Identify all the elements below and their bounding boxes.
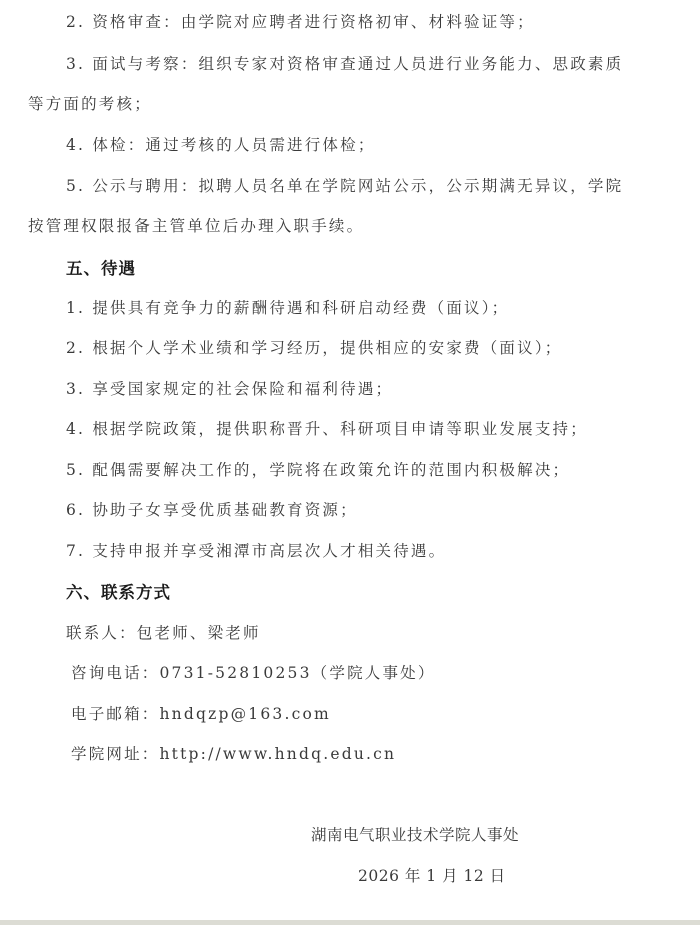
benefits-heading: 五、待遇 xyxy=(66,255,136,279)
process-item-5: 5. 公示与聘用：拟聘人员名单在学院网站公示，公示期满无异议，学院 xyxy=(66,174,623,196)
contact-website[interactable]: 学院网址：http://www.hndq.edu.cn xyxy=(71,742,396,764)
process-item-3: 3. 面试与考察：组织专家对资格审查通过人员进行业务能力、思政素质 xyxy=(66,52,623,74)
contact-heading: 六、联系方式 xyxy=(66,579,171,603)
process-item-5-cont: 按管理权限报备主管单位后办理入职手续。 xyxy=(28,214,364,236)
benefit-item: 7. 支持申报并享受湘潭市高层次人才相关待遇。 xyxy=(66,539,446,561)
contact-phone: 咨询电话：0731-52810253（学院人事处） xyxy=(71,661,436,683)
benefit-item: 6. 协助子女享受优质基础教育资源； xyxy=(66,498,358,520)
page-bottom-divider xyxy=(0,920,700,925)
benefit-item: 1. 提供具有竞争力的薪酬待遇和科研启动经费（面议）； xyxy=(66,296,509,318)
benefit-item: 5. 配偶需要解决工作的，学院将在政策允许的范围内积极解决； xyxy=(66,458,570,480)
benefit-item: 2. 根据个人学术业绩和学习经历，提供相应的安家费（面议）； xyxy=(66,336,562,358)
process-item-2: 2. 资格审查：由学院对应聘者进行资格初审、材料验证等； xyxy=(66,10,535,32)
process-item-3-cont: 等方面的考核； xyxy=(28,92,152,114)
benefit-item: 3. 享受国家规定的社会保险和福利待遇； xyxy=(66,377,393,399)
signature-org: 湖南电气职业技术学院人事处 xyxy=(311,823,519,845)
signature-date: 2026 年 1 月 12 日 xyxy=(358,864,506,886)
contact-email[interactable]: 电子邮箱：hndqzp@163.com xyxy=(71,702,331,724)
process-item-4: 4. 体检：通过考核的人员需进行体检； xyxy=(66,133,376,155)
benefit-item: 4. 根据学院政策，提供职称晋升、科研项目申请等职业发展支持； xyxy=(66,417,588,439)
contact-person: 联系人：包老师、梁老师 xyxy=(66,621,261,643)
